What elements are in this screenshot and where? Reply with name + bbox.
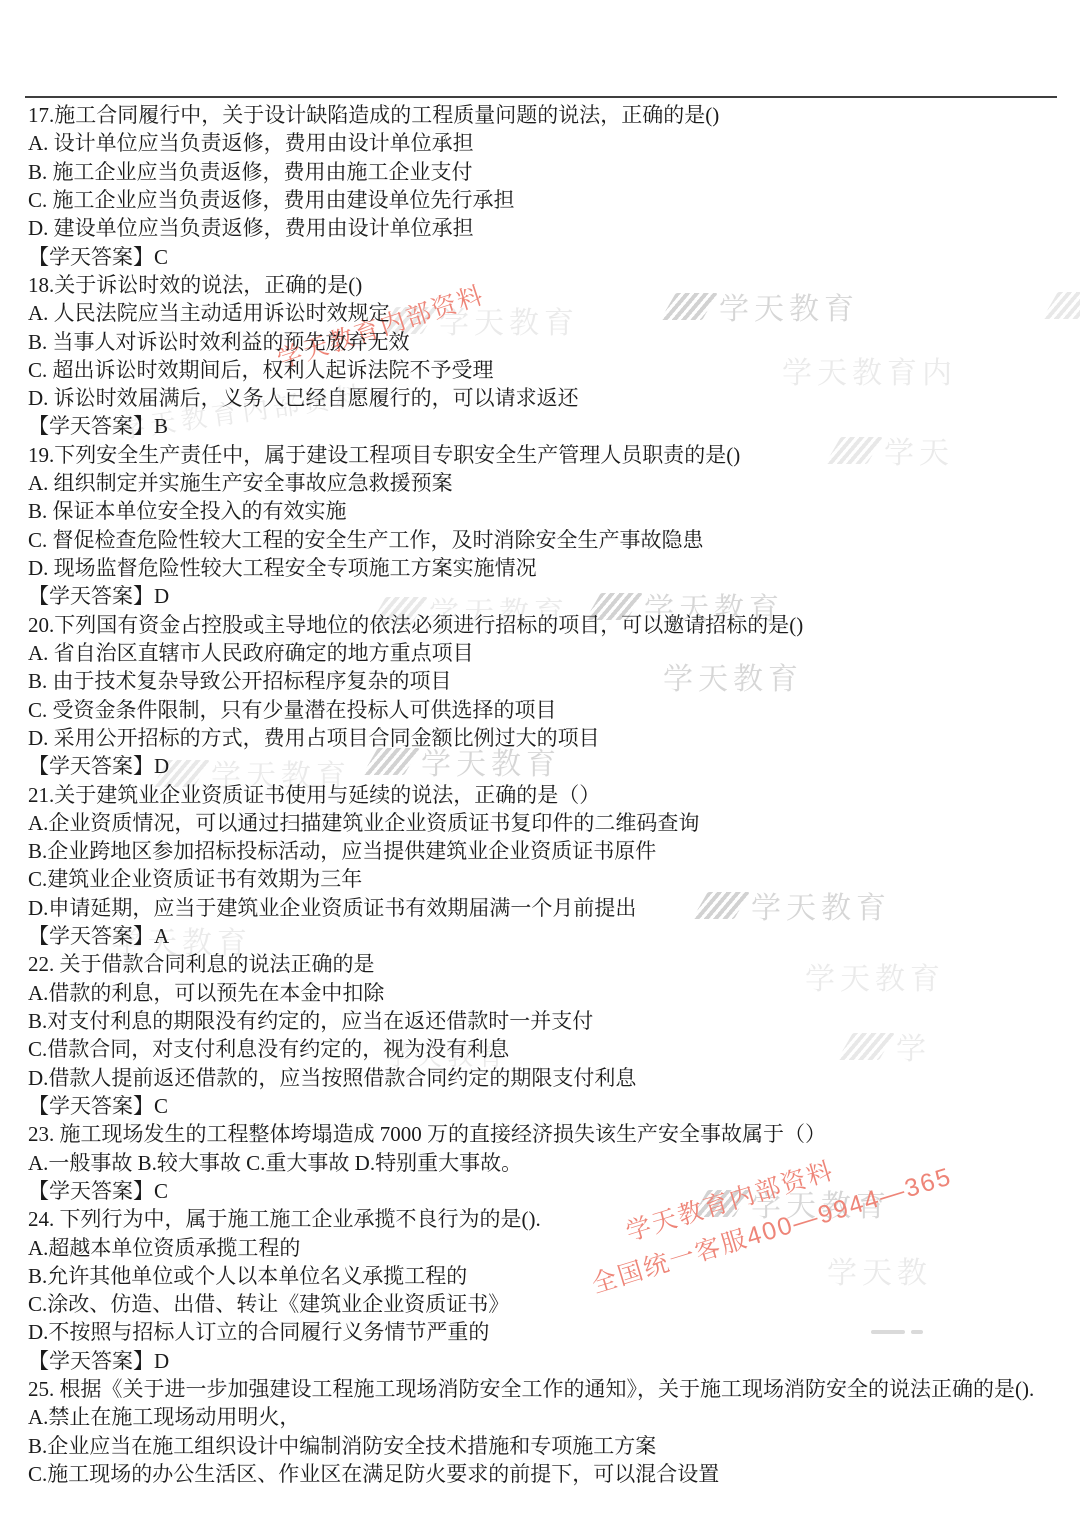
question-option: C. 受资金条件限制，只有少量潜在投标人可供选择的项目: [28, 696, 1073, 724]
question-option: A.禁止在施工现场动用明火，: [28, 1403, 1073, 1431]
question-stem: 21.关于建筑业企业资质证书使用与延续的说法，正确的是（）: [28, 781, 1073, 809]
question-option: B. 由于技术复杂导致公开招标程序复杂的项目: [28, 667, 1073, 695]
question-block: 21.关于建筑业企业资质证书使用与延续的说法，正确的是（）A.企业资质情况，可以…: [28, 781, 1073, 951]
question-option: A.一般事故 B.较大事故 C.重大事故 D.特别重大事故。: [28, 1149, 1073, 1177]
question-option: B. 保证本单位安全投入的有效实施: [28, 497, 1073, 525]
page-divider-line: [25, 96, 1057, 98]
question-answer: 【学天答案】C: [28, 1177, 1073, 1205]
question-option: B.企业跨地区参加招标投标活动，应当提供建筑业企业资质证书原件: [28, 837, 1073, 865]
question-option: B.对支付利息的期限没有约定的，应当在返还借款时一并支付: [28, 1007, 1073, 1035]
question-option: D.不按照与招标人订立的合同履行义务情节严重的: [28, 1318, 1073, 1346]
question-option: A.借款的利息，可以预先在本金中扣除: [28, 979, 1073, 1007]
question-stem: 25. 根据《关于进一步加强建设工程施工现场消防安全工作的通知》，关于施工现场消…: [28, 1375, 1073, 1403]
question-option: D. 建设单位应当负责返修，费用由设计单位承担: [28, 214, 1073, 242]
question-block: 17.施工合同履行中，关于设计缺陷造成的工程质量问题的说法，正确的是()A. 设…: [28, 101, 1073, 271]
question-block: 22. 关于借款合同利息的说法正确的是A.借款的利息，可以预先在本金中扣除B.对…: [28, 950, 1073, 1120]
question-block: 25. 根据《关于进一步加强建设工程施工现场消防安全工作的通知》，关于施工现场消…: [28, 1375, 1073, 1488]
question-block: 19.下列安全生产责任中，属于建设工程项目专职安全生产管理人员职责的是()A. …: [28, 441, 1073, 611]
question-option: A. 组织制定并实施生产安全事故应急救援预案: [28, 469, 1073, 497]
question-answer: 【学天答案】D: [28, 582, 1073, 610]
question-option: A. 设计单位应当负责返修，费用由设计单位承担: [28, 129, 1073, 157]
question-option: C. 督促检查危险性较大工程的安全生产工作，及时消除安全生产事故隐患: [28, 526, 1073, 554]
question-option: C. 施工企业应当负责返修，费用由建设单位先行承担: [28, 186, 1073, 214]
question-option: A.企业资质情况，可以通过扫描建筑业企业资质证书复印件的二维码查询: [28, 809, 1073, 837]
question-block: 24. 下列行为中，属于施工施工企业承揽不良行为的是().A.超越本单位资质承揽…: [28, 1205, 1073, 1375]
question-stem: 20.下列国有资金占控股或主导地位的依法必须进行招标的项目，可以邀请招标的是(): [28, 611, 1073, 639]
question-option: D. 现场监督危险性较大工程安全专项施工方案实施情况: [28, 554, 1073, 582]
question-stem: 18.关于诉讼时效的说法，正确的是(): [28, 271, 1073, 299]
question-answer: 【学天答案】C: [28, 243, 1073, 271]
question-list: 17.施工合同履行中，关于设计缺陷造成的工程质量问题的说法，正确的是()A. 设…: [28, 101, 1073, 1488]
question-stem: 19.下列安全生产责任中，属于建设工程项目专职安全生产管理人员职责的是(): [28, 441, 1073, 469]
question-option: C.涂改、仿造、出借、转让《建筑业企业资质证书》: [28, 1290, 1073, 1318]
question-option: A. 省自治区直辖市人民政府确定的地方重点项目: [28, 639, 1073, 667]
question-option: D. 采用公开招标的方式，费用占项目合同金额比例过大的项目: [28, 724, 1073, 752]
question-option: C.借款合同，对支付利息没有约定的，视为没有利息: [28, 1035, 1073, 1063]
question-option: B.允许其他单位或个人以本单位名义承揽工程的: [28, 1262, 1073, 1290]
question-answer: 【学天答案】B: [28, 412, 1073, 440]
question-block: 18.关于诉讼时效的说法，正确的是()A. 人民法院应当主动适用诉讼时效规定B.…: [28, 271, 1073, 441]
question-option: C.施工现场的办公生活区、作业区在满足防火要求的前提下，可以混合设置: [28, 1460, 1073, 1488]
question-answer: 【学天答案】A: [28, 922, 1073, 950]
question-option: C. 超出诉讼时效期间后，权利人起诉法院不予受理: [28, 356, 1073, 384]
question-option: D. 诉讼时效届满后，义务人已经自愿履行的，可以请求返还: [28, 384, 1073, 412]
question-block: 23. 施工现场发生的工程整体垮塌造成 7000 万的直接经济损失该生产安全事故…: [28, 1120, 1073, 1205]
question-option: D.借款人提前返还借款的，应当按照借款合同约定的期限支付利息: [28, 1064, 1073, 1092]
question-option: A.超越本单位资质承揽工程的: [28, 1234, 1073, 1262]
question-answer: 【学天答案】C: [28, 1092, 1073, 1120]
question-option: B.企业应当在施工组织设计中编制消防安全技术措施和专项施工方案: [28, 1432, 1073, 1460]
question-option: A. 人民法院应当主动适用诉讼时效规定: [28, 299, 1073, 327]
question-stem: 23. 施工现场发生的工程整体垮塌造成 7000 万的直接经济损失该生产安全事故…: [28, 1120, 1073, 1148]
question-stem: 17.施工合同履行中，关于设计缺陷造成的工程质量问题的说法，正确的是(): [28, 101, 1073, 129]
question-option: B. 当事人对诉讼时效利益的预先放弃无效: [28, 328, 1073, 356]
question-answer: 【学天答案】D: [28, 1347, 1073, 1375]
question-block: 20.下列国有资金占控股或主导地位的依法必须进行招标的项目，可以邀请招标的是()…: [28, 611, 1073, 781]
question-stem: 22. 关于借款合同利息的说法正确的是: [28, 950, 1073, 978]
question-answer: 【学天答案】D: [28, 752, 1073, 780]
question-option: B. 施工企业应当负责返修，费用由施工企业支付: [28, 158, 1073, 186]
document-page: 学天教育学天教育学天教育内学天教育内部资料学天学天教育学天教育学天教育学天教育学…: [0, 0, 1080, 1526]
question-stem: 24. 下列行为中，属于施工施工企业承揽不良行为的是().: [28, 1205, 1073, 1233]
question-option: C.建筑业企业资质证书有效期为三年: [28, 865, 1073, 893]
question-option: D.申请延期，应当于建筑业企业资质证书有效期届满一个月前提出: [28, 894, 1073, 922]
